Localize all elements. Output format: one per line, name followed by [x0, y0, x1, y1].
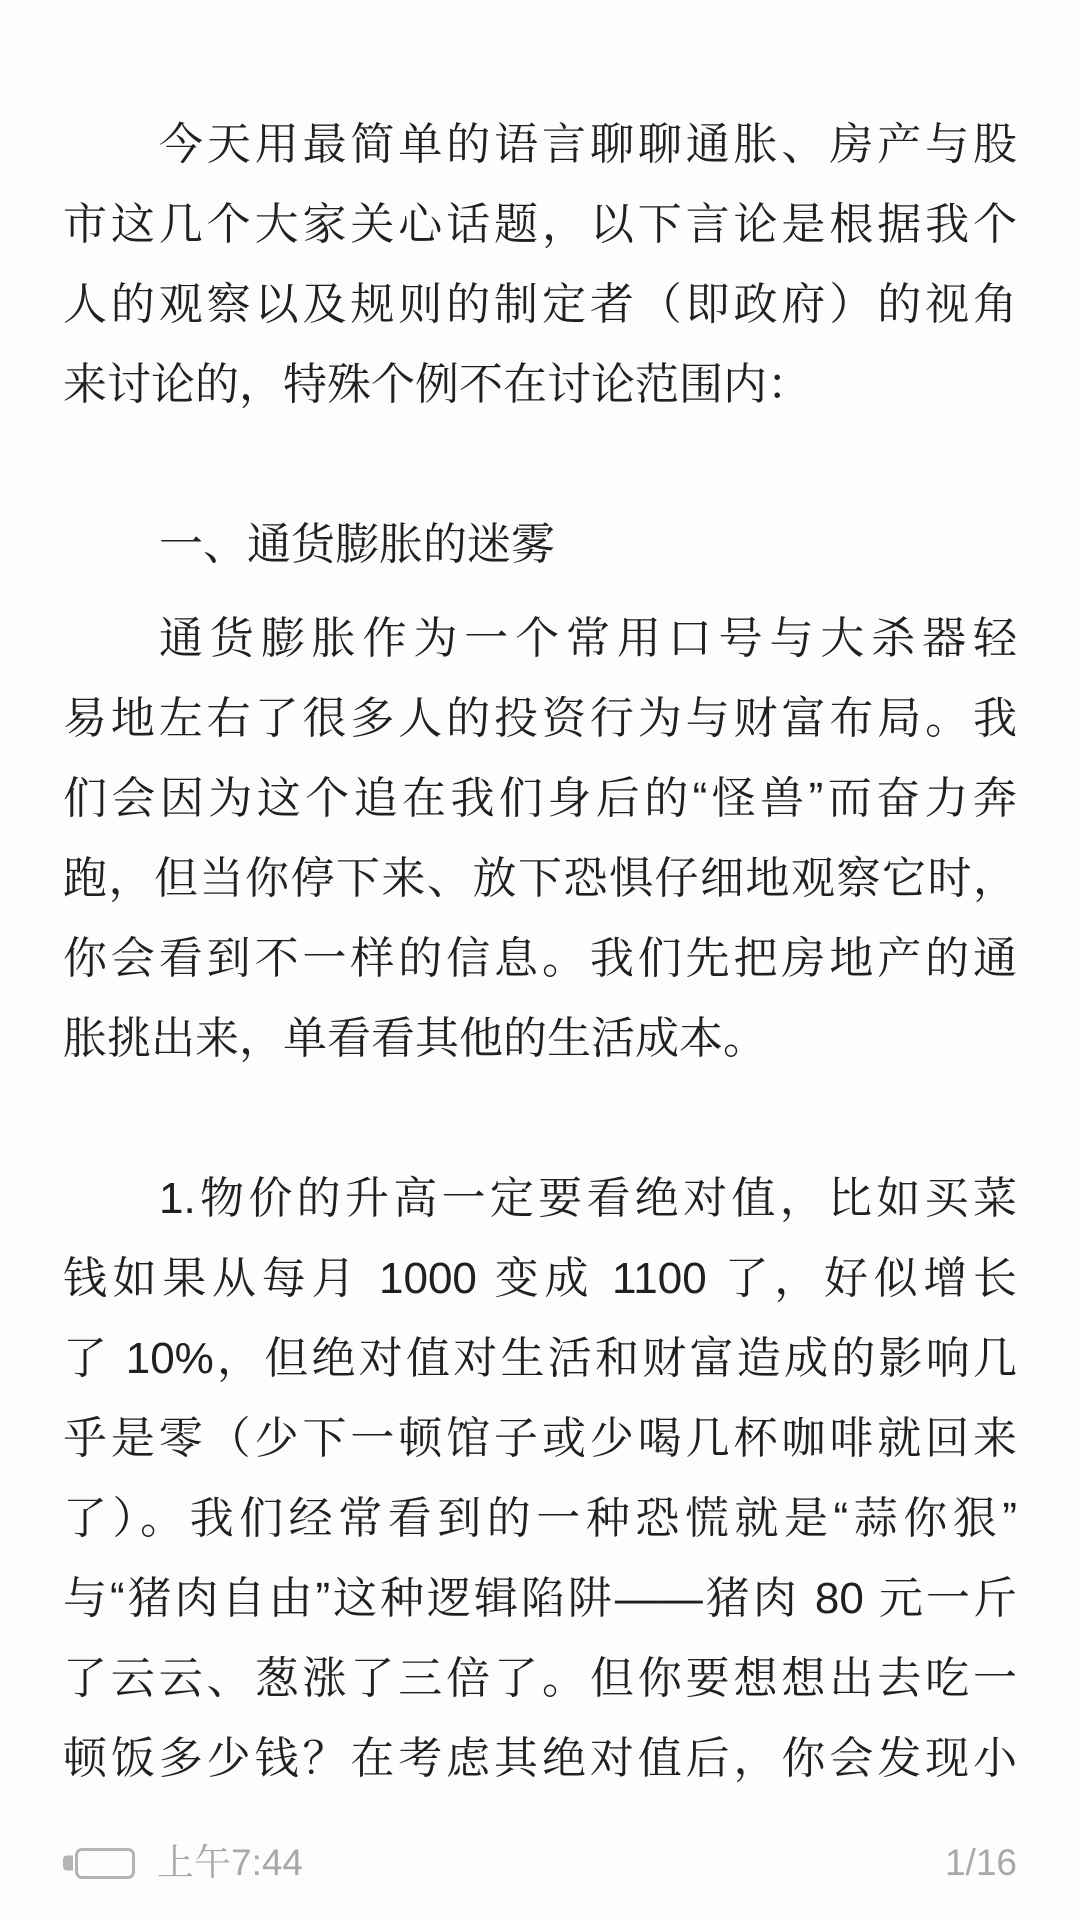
text-line: 与“猪肉自由”这种逻辑陷阱——猪肉 80 元一斤: [63, 1559, 1017, 1639]
text-line: 顿饭多少钱？在考虑其绝对值后，你会发现小: [63, 1719, 1017, 1799]
status-left: 上午7:44: [63, 1838, 303, 1888]
section-heading: 一、通货膨胀的迷雾: [63, 505, 1017, 585]
text-line: 了）。我们经常看到的一种恐慌就是“蒜你狠”: [63, 1479, 1017, 1559]
reader-page: 今天用最简单的语言聊聊通胀、房产与股市这几个大家关心话题，以下言论是根据我个人的…: [0, 0, 1080, 1920]
text-line: 了 10%，但绝对值对生活和财富造成的影响几: [63, 1319, 1017, 1399]
document-content[interactable]: 今天用最简单的语言聊聊通胀、房产与股市这几个大家关心话题，以下言论是根据我个人的…: [63, 105, 1017, 1799]
text-line: 1.物价的升高一定要看绝对值，比如买菜: [63, 1159, 1017, 1239]
battery-empty-icon: [75, 1848, 135, 1879]
text-line: 今天用最简单的语言聊聊通胀、房产与股: [63, 105, 1017, 185]
status-bar: 上午7:44 1/16: [63, 1838, 1017, 1888]
text-line: 胀挑出来，单看看其他的生活成本。: [63, 999, 1017, 1079]
paragraph: 1.物价的升高一定要看绝对值，比如买菜钱如果从每月 1000 变成 1100 了…: [63, 1159, 1017, 1799]
text-line: 来讨论的，特殊个例不在讨论范围内：: [63, 345, 1017, 425]
text-line: 跑，但当你停下来、放下恐惧仔细地观察它时，: [63, 839, 1017, 919]
text-line: 易地左右了很多人的投资行为与财富布局。我: [63, 679, 1017, 759]
text-line: 你会看到不一样的信息。我们先把房地产的通: [63, 919, 1017, 999]
text-line: 乎是零（少下一顿馆子或少喝几杯咖啡就回来: [63, 1399, 1017, 1479]
text-line: 钱如果从每月 1000 变成 1100 了，好似增长: [63, 1239, 1017, 1319]
heading-line: 一、通货膨胀的迷雾: [63, 505, 1017, 585]
text-line: 了云云、葱涨了三倍了。但你要想想出去吃一: [63, 1639, 1017, 1719]
clock-time: 上午7:44: [157, 1838, 303, 1888]
page-indicator: 1/16: [945, 1838, 1017, 1888]
text-line: 市这几个大家关心话题，以下言论是根据我个: [63, 185, 1017, 265]
text-line: 人的观察以及规则的制定者（即政府）的视角: [63, 265, 1017, 345]
text-line: 通货膨胀作为一个常用口号与大杀器轻: [63, 599, 1017, 679]
text-line: 们会因为这个追在我们身后的“怪兽”而奋力奔: [63, 759, 1017, 839]
paragraph: 今天用最简单的语言聊聊通胀、房产与股市这几个大家关心话题，以下言论是根据我个人的…: [63, 105, 1017, 425]
paragraph: 通货膨胀作为一个常用口号与大杀器轻易地左右了很多人的投资行为与财富布局。我们会因…: [63, 599, 1017, 1079]
